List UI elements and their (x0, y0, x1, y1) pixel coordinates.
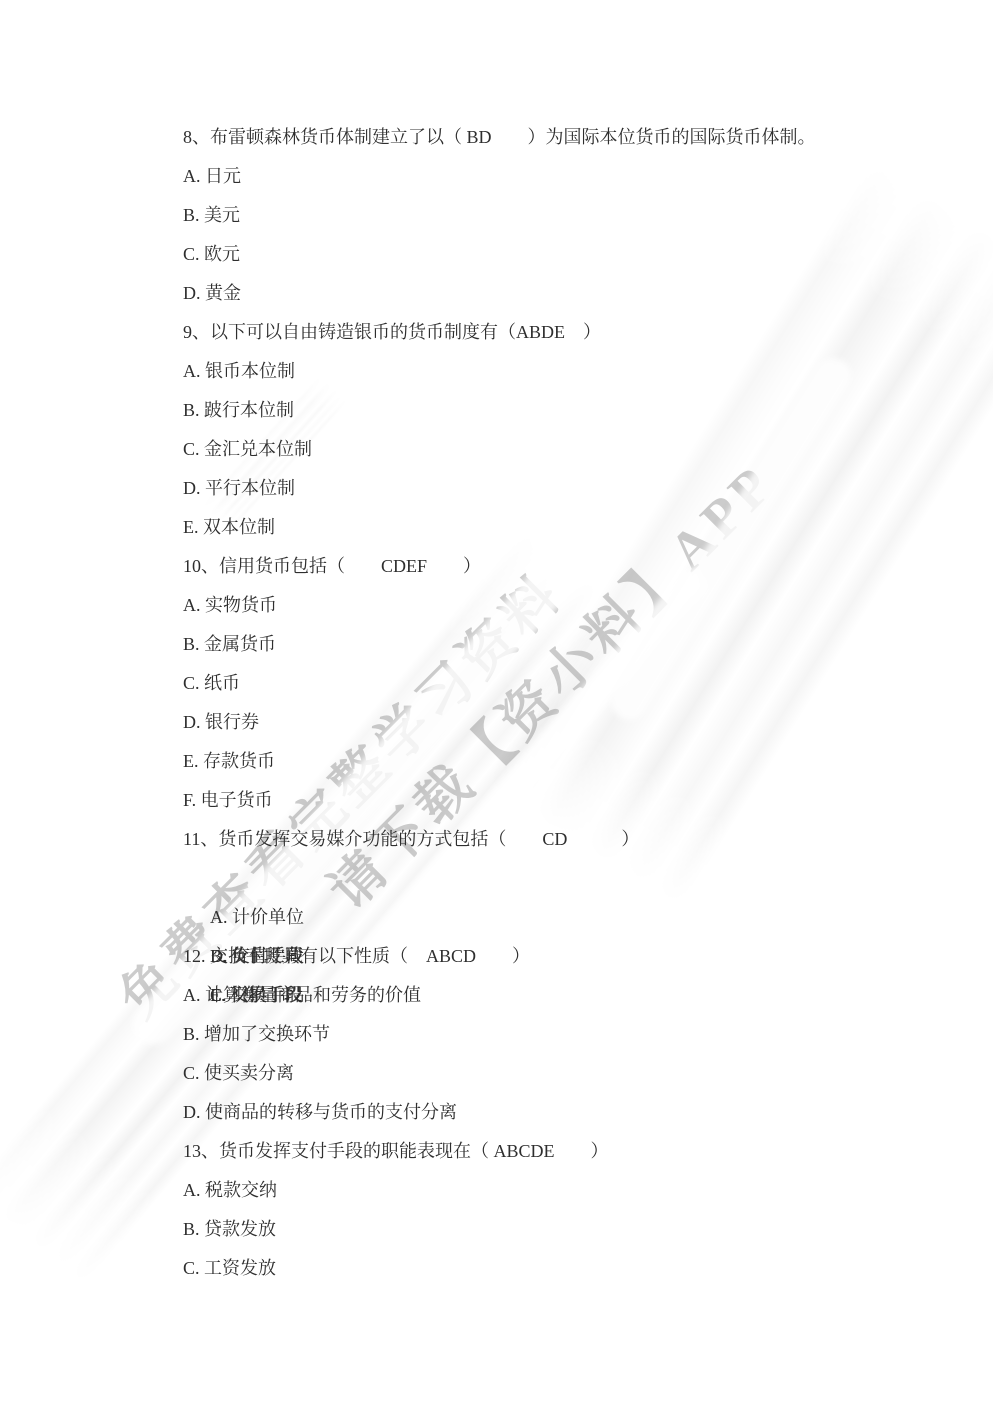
document-page: 免费查看完整学习资料 请下载【资小料】APP 8、布雷顿森林货币体制建立了以（ … (0, 0, 993, 1404)
question-12-option-d: D. 使商品的转移与货币的支付分离 (183, 1093, 816, 1132)
question-10-option-a: A. 实物货币 (183, 586, 816, 625)
question-13-option-a: A. 税款交纳 (183, 1171, 816, 1210)
question-13-title: 13、货币发挥支付手段的职能表现在（ ABCDE ） (183, 1132, 816, 1171)
question-11-title: 11、货币发挥交易媒介功能的方式包括（ CD ） (183, 820, 816, 859)
question-10-option-c: C. 纸币 (183, 664, 816, 703)
question-8-option-a: A. 日元 (183, 157, 816, 196)
question-9-option-d: D. 平行本位制 (183, 469, 816, 508)
question-9-option-e: E. 双本位制 (183, 508, 816, 547)
question-9-option-c: C. 金汇兑本位制 (183, 430, 816, 469)
question-13-option-b: B. 贷款发放 (183, 1210, 816, 1249)
question-11-option-a: A. 计价单位 (210, 898, 383, 937)
question-10-option-b: B. 金属货币 (183, 625, 816, 664)
question-8-option-d: D. 黄金 (183, 274, 816, 313)
question-10-title: 10、信用货币包括（ CDEF ） (183, 547, 816, 586)
question-11-options-row-1: A. 计价单位 B. 价值贮藏 C. 交换手段 (183, 859, 816, 898)
question-12-option-b: B. 增加了交换环节 (183, 1015, 816, 1054)
question-10-option-d: D. 银行券 (183, 703, 816, 742)
question-8-option-b: B. 美元 (183, 196, 816, 235)
question-13-option-c: C. 工资发放 (183, 1249, 816, 1288)
question-9-option-a: A. 银币本位制 (183, 352, 816, 391)
question-9-option-b: B. 跛行本位制 (183, 391, 816, 430)
question-8-option-c: C. 欧元 (183, 235, 816, 274)
question-8-title: 8、布雷顿森林货币体制建立了以（ BD ）为国际本位货币的国际货币体制。 (183, 118, 816, 157)
question-10-option-f: F. 电子货币 (183, 781, 816, 820)
question-12-title: 12. 交换手段具有以下性质（ ABCD ） (183, 937, 816, 976)
document-content: 8、布雷顿森林货币体制建立了以（ BD ）为国际本位货币的国际货币体制。 A. … (183, 118, 816, 1288)
question-9-title: 9、以下可以自由铸造银币的货币制度有（ABDE ） (183, 313, 816, 352)
question-12-option-a: A. 计算衡量商品和劳务的价值 (183, 976, 816, 1015)
question-10-option-e: E. 存款货币 (183, 742, 816, 781)
question-12-option-c: C. 使买卖分离 (183, 1054, 816, 1093)
